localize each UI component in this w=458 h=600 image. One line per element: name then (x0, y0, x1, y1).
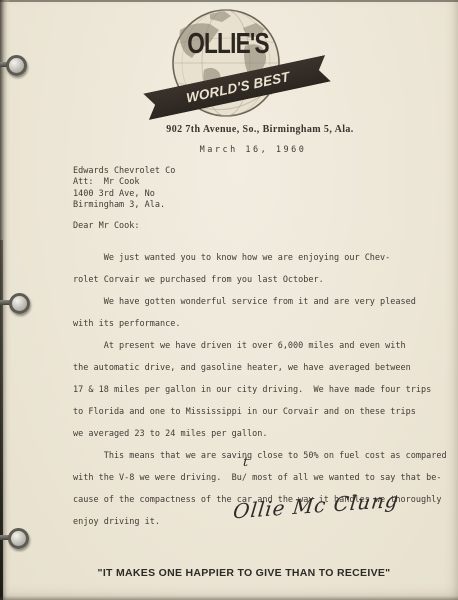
salutation: Dear Mr Cook: (73, 221, 140, 232)
handwritten-correction: t (242, 455, 248, 470)
binder-ring-loop (6, 55, 27, 76)
recipient-block: Edwards Chevrolet CoAtt: Mr Cook1400 3rd… (73, 166, 175, 211)
body-line: with its performance. (73, 313, 447, 335)
body-line: rolet Corvair we purchased from you last… (73, 269, 447, 291)
body-line: We just wanted you to know how we are en… (73, 247, 447, 269)
scan-edge-left-shadow (0, 240, 3, 600)
letter-date: March 16, 1960 (93, 145, 413, 155)
binder-ring-icon (6, 55, 27, 76)
recipient-line: Edwards Chevrolet Co (73, 166, 175, 177)
letterhead-address: 902 7th Avenue, So., Birmingham 5, Ala. (80, 124, 440, 135)
binder-ring-icon (8, 528, 29, 549)
recipient-line: Birmingham 3, Ala. (73, 200, 175, 211)
footer-slogan: "IT MAKES ONE HAPPIER TO GIVE THAN TO RE… (60, 567, 428, 579)
body-line: At present we have driven it over 6,000 … (73, 335, 447, 357)
body-line: This means that we are saving close to 5… (73, 445, 447, 467)
body-line: we averaged 23 to 24 miles per gallon. (73, 423, 447, 445)
binder-ring-icon (9, 293, 30, 314)
body-line: to Florida and one to Mississippi in our… (73, 401, 447, 423)
binder-ring-loop (8, 528, 29, 549)
letter-page: OLLIE'S WORLD'S BEST BARBECUE 902 7th Av… (0, 0, 458, 600)
recipient-line: 1400 3rd Ave, No (73, 189, 175, 200)
recipient-line: Att: Mr Cook (73, 177, 175, 188)
body-line: with the V-8 we were driving. Bu/ most o… (73, 467, 447, 489)
binder-ring-loop (9, 293, 30, 314)
brand-name: OLLIE'S (166, 28, 291, 61)
scan-edge-bottom (0, 596, 458, 600)
body-line: We have gotten wonderful service from it… (73, 291, 447, 313)
body-line: the automatic drive, and gasoline heater… (73, 357, 447, 379)
body-line: 17 & 18 miles per gallon in our city dri… (73, 379, 447, 401)
scan-edge-top (0, 0, 458, 2)
